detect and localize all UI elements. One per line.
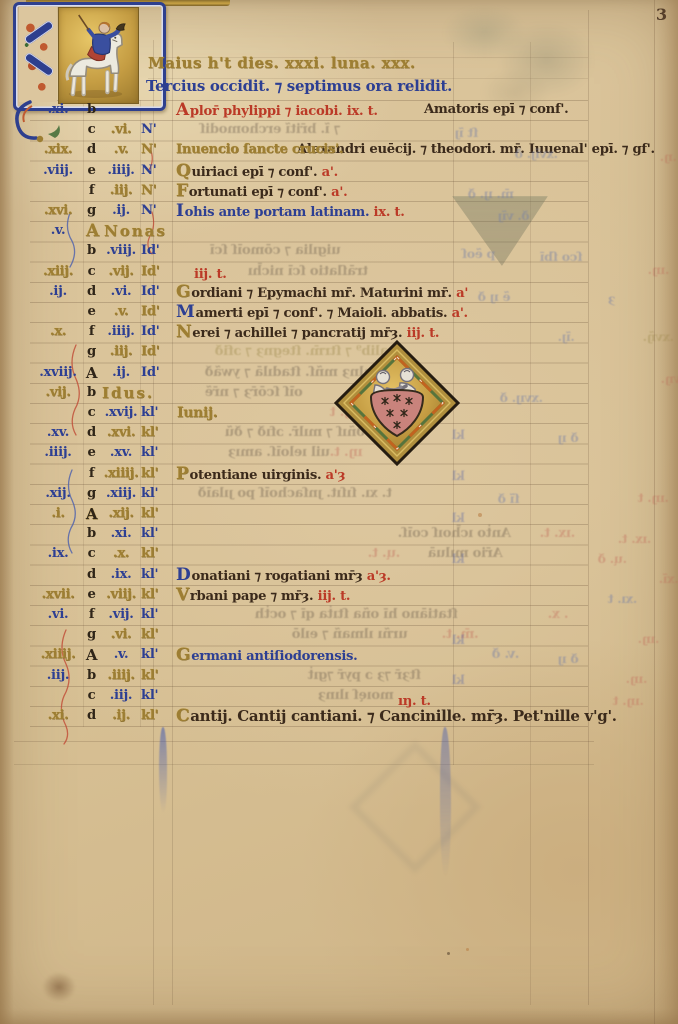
ghost-text: kl [452,510,465,525]
ghost-text: ð. vĩȷ [498,208,530,223]
ghost-text: ſt ĩȷ [455,125,478,140]
manuscript-page: 3 [0,0,678,1024]
ghost-text: ð ıȷ [558,651,579,666]
ghost-text: .ĩȷ. [558,329,575,344]
ghost-text: ð ıȷ [558,430,579,445]
ghost-text: kl [452,672,465,687]
ghost-text: .ıŋ. t [613,693,644,708]
page-edge-bottom [0,1008,678,1024]
ghost-text: m̄. ıȷ. ð [468,186,514,201]
gemini-zodiac-medallion [331,337,463,469]
ghost-text: .ıx. t. [618,531,651,546]
ghost-text: ȝ [608,291,615,306]
ghost-text: ſco ſbı̄ [540,249,582,264]
ghost-text: .ıŋ. [626,671,647,686]
page-edge-left [0,0,14,1024]
ghost-text: .ų. ð [598,551,627,566]
ghost-text: .xvĩȷ. ð [515,146,558,161]
ghost-text: kl [452,632,465,647]
ghost-text: kl [452,551,465,566]
ghost-text: .xı. t [608,591,637,606]
ghost-text: ſĩ ð [498,491,520,506]
show-through-text-layer: ſt ĩȷ.xvĩȷ. ðm̄. ıȷ. ðð. vĩȷp ẽoſſco ſbı… [0,0,678,1024]
ghost-text: .xvıȷ. ð [500,390,543,405]
page-crease [654,0,655,1024]
ghost-text: p ẽoſ [462,246,495,261]
ghost-text: ẽ ıȷ ð [478,289,510,304]
page-edge-right [656,0,678,1024]
ghost-text: kl [452,468,465,483]
